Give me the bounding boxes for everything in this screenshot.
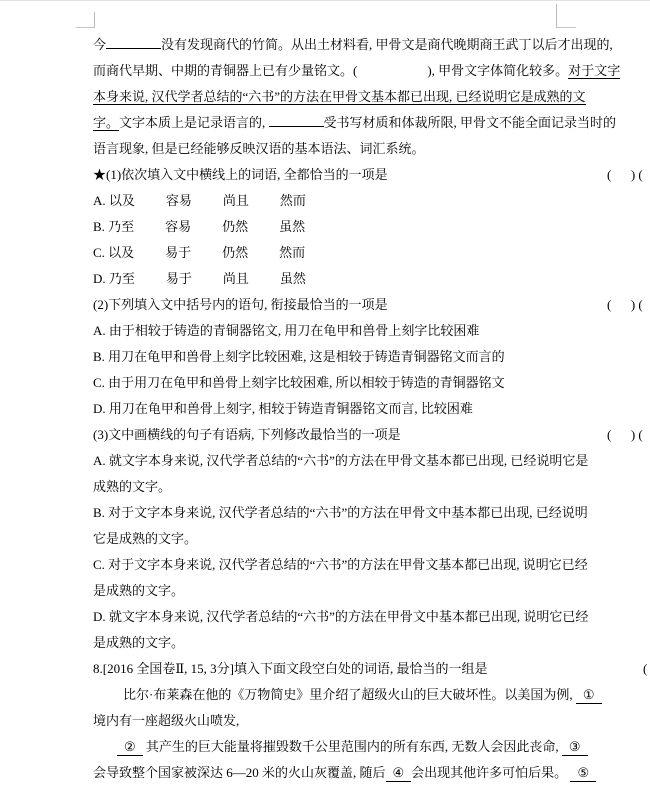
text-run: C. (93, 245, 108, 260)
option-row: A. 以及容易尚且然而 (93, 188, 650, 214)
circled-number-blank: ① (576, 687, 602, 704)
option-row: A. 由于相较于铸造的青铜器铭文, 用刀在龟甲和兽骨上刻字比较困难 (93, 318, 650, 344)
option-row: B. 用刀在龟甲和兽骨上刻字比较困难, 这是相较于铸造青铜器铭文而言的 (93, 344, 650, 370)
text-run: B. (93, 219, 108, 234)
option-word: 然而 (279, 240, 336, 266)
option-row: C. 由于用刀在龟甲和兽骨上刻字比较困难, 所以相较于铸造的青铜器铭文 (93, 370, 650, 396)
passage-line: 比尔·布莱森在他的《万物简史》里介绍了超级火山的巨大破坏性。以美国为例, ① (93, 682, 650, 708)
option-word: 乃至 (108, 214, 165, 240)
option-row: C. 对于文字本身来说, 汉代学者总结的“六书”的方法在甲骨文基本都已出现, 说… (93, 552, 650, 578)
text-run: 8.[2016 全国卷Ⅱ, 15, 3分]填入下面文段空白处的词语, 最恰当的一… (93, 661, 488, 676)
answer-brackets: ( ) ( (607, 292, 643, 318)
text-run: 文字本质上是记录语言的, (119, 115, 269, 130)
text-run: D. 用刀在龟甲和兽骨上刻字, 相较于铸造青铜器铭文而言, 比较困难 (93, 401, 473, 416)
option-word: 容易 (165, 214, 222, 240)
question-stem: ★(1)依次填入文中横线上的词语, 全都恰当的一项是( ) ( (93, 162, 650, 188)
text-run: B. 用刀在龟甲和兽骨上刻字比较困难, 这是相较于铸造青铜器铭文而言的 (93, 349, 505, 364)
text-boundary-mark-top-left (76, 12, 95, 28)
option-word: 易于 (166, 266, 223, 292)
text-run: 成熟的文字。 (93, 479, 171, 494)
text-run: 是成熟的文字。 (93, 583, 184, 598)
passage-line: 境内有一座超级火山喷发, (93, 708, 650, 734)
text-run: A. (93, 193, 109, 208)
option-word: 尚且 (223, 266, 280, 292)
option-row: B. 乃至容易仍然虽然 (93, 214, 650, 240)
text-run: A. 就文字本身来说, 汉代学者总结的“六书”的方法在甲骨文基本都已出现, 已经… (93, 453, 588, 468)
option-word: 易于 (165, 240, 222, 266)
option-word: 以及 (109, 188, 166, 214)
answer-brackets: ( ) ( (607, 422, 643, 448)
text-run: 境内有一座超级火山喷发, (93, 713, 239, 728)
option-row: A. 就文字本身来说, 汉代学者总结的“六书”的方法在甲骨文基本都已出现, 已经… (93, 448, 650, 474)
circled-number-blank: ③ (562, 739, 588, 756)
option-row: D. 乃至易于尚且虽然 (93, 266, 650, 292)
text-run: 没有发现商代的竹简。从出土材料看, 甲骨文是商代晚期商王武丁以后才出现的, (161, 37, 613, 52)
option-word: 仍然 (222, 240, 279, 266)
option-word: 以及 (108, 240, 165, 266)
text-run: 受书写材质和体裁所限, 甲骨文不能全面记录当时的 (324, 115, 617, 130)
underlined-text-run: 本身来说, 汉代学者总结的“六书”的方法在甲骨文基本都已出现, 已经说明它是成熟… (93, 89, 586, 105)
underlined-text-run: 对于文字 (568, 63, 620, 79)
passage-line: 而商代早期、中期的青铜器上已有少量铭文。(), 甲骨文字体简化较多。对于文字 (93, 58, 650, 84)
answer-brackets: ( (643, 656, 647, 682)
circled-number-blank: ② (117, 739, 143, 756)
text-run: 而商代早期、中期的青铜器上已有少量铭文。( (93, 63, 357, 78)
text-run: ★(1)依次填入文中横线上的词语, 全都恰当的一项是 (93, 167, 388, 182)
page-content: 今没有发现商代的竹简。从出土材料看, 甲骨文是商代晚期商王武丁以后才出现的,而商… (93, 32, 650, 786)
text-run: D. 就文字本身来说, 汉代学者总结的“六书”的方法在甲骨文中基本都已出现, 说… (93, 609, 588, 624)
fill-in-blank-line (106, 36, 161, 49)
option-row: B. 对于文字本身来说, 汉代学者总结的“六书”的方法在甲骨文中基本都已出现, … (93, 500, 650, 526)
option-row-wrap: 是成熟的文字。 (93, 630, 650, 656)
text-run: 是成熟的文字。 (93, 635, 184, 650)
answer-brackets: ( ) ( (607, 162, 643, 188)
text-run: D. (93, 271, 109, 286)
question-stem: 8.[2016 全国卷Ⅱ, 15, 3分]填入下面文段空白处的词语, 最恰当的一… (93, 656, 650, 682)
underlined-text-run: 字。 (93, 115, 119, 131)
option-word: 然而 (280, 188, 337, 214)
option-row-wrap: 成熟的文字。 (93, 474, 650, 500)
text-run: ), 甲骨文字体简化较多。 (427, 63, 568, 78)
text-run: 今 (93, 37, 106, 52)
text-run: A. 由于相较于铸造的青铜器铭文, 用刀在龟甲和兽骨上刻字比较困难 (93, 323, 479, 338)
option-row: D. 就文字本身来说, 汉代学者总结的“六书”的方法在甲骨文中基本都已出现, 说… (93, 604, 650, 630)
option-word: 乃至 (109, 266, 166, 292)
text-run: 其产生的巨大能量将摧毁数千公里范围内的所有东西, 无数人会因此丧命, (143, 739, 562, 754)
circled-number-blank: ④ (386, 765, 412, 782)
text-run: B. 对于文字本身来说, 汉代学者总结的“六书”的方法在甲骨文中基本都已出现, … (93, 505, 588, 520)
option-row-wrap: 是成熟的文字。 (93, 578, 650, 604)
text-run: (2)下列填入文中括号内的语句, 衔接最恰当的一项是 (93, 297, 388, 312)
option-word: 尚且 (223, 188, 280, 214)
passage-line: 会导致整个国家被深达 6—20 米的火山灰覆盖, 随后④会出现其他许多可怕后果。… (93, 760, 650, 786)
text-run: 比尔·布莱森在他的《万物简史》里介绍了超级火山的巨大破坏性。以美国为例, (123, 687, 576, 702)
fill-in-blank-line (269, 114, 324, 127)
option-word: 虽然 (279, 214, 336, 240)
text-boundary-mark-top-right (556, 4, 576, 28)
question-stem: (3)文中画横线的句子有语病, 下列修改最恰当的一项是( ) ( (93, 422, 650, 448)
passage-line: 今没有发现商代的竹简。从出土材料看, 甲骨文是商代晚期商王武丁以后才出现的, (93, 32, 650, 58)
text-run: 会出现其他许多可怕后果。 (411, 765, 570, 780)
passage-line: 字。文字本质上是记录语言的, 受书写材质和体裁所限, 甲骨文不能全面记录当时的 (93, 110, 650, 136)
text-run: 会导致整个国家被深达 6—20 米的火山灰覆盖, 随后 (93, 765, 386, 780)
passage-line: 语言现象, 但是已经能够反映汉语的基本语法、词汇系统。 (93, 136, 650, 162)
option-word: 虽然 (280, 266, 337, 292)
text-run: 它是成熟的文字。 (93, 531, 197, 546)
option-row: D. 用刀在龟甲和兽骨上刻字, 相较于铸造青铜器铭文而言, 比较困难 (93, 396, 650, 422)
text-run: (3)文中画横线的句子有语病, 下列修改最恰当的一项是 (93, 427, 401, 442)
option-row: C. 以及易于仍然然而 (93, 240, 650, 266)
text-run: C. 对于文字本身来说, 汉代学者总结的“六书”的方法在甲骨文基本都已出现, 说… (93, 557, 588, 572)
question-stem: (2)下列填入文中括号内的语句, 衔接最恰当的一项是( ) ( (93, 292, 650, 318)
passage-line: ② 其产生的巨大能量将摧毁数千公里范围内的所有东西, 无数人会因此丧命, ③ (93, 734, 650, 760)
circled-number-blank: ⑤ (570, 765, 596, 782)
passage-line: 本身来说, 汉代学者总结的“六书”的方法在甲骨文基本都已出现, 已经说明它是成熟… (93, 84, 650, 110)
document-page: 今没有发现商代的竹简。从出土材料看, 甲骨文是商代晚期商王武丁以后才出现的,而商… (0, 0, 650, 793)
option-word: 仍然 (222, 214, 279, 240)
option-row-wrap: 它是成熟的文字。 (93, 526, 650, 552)
text-run: C. 由于用刀在龟甲和兽骨上刻字比较困难, 所以相较于铸造的青铜器铭文 (93, 375, 505, 390)
option-word: 容易 (166, 188, 223, 214)
text-run: 语言现象, 但是已经能够反映汉语的基本语法、词汇系统。 (93, 141, 425, 156)
